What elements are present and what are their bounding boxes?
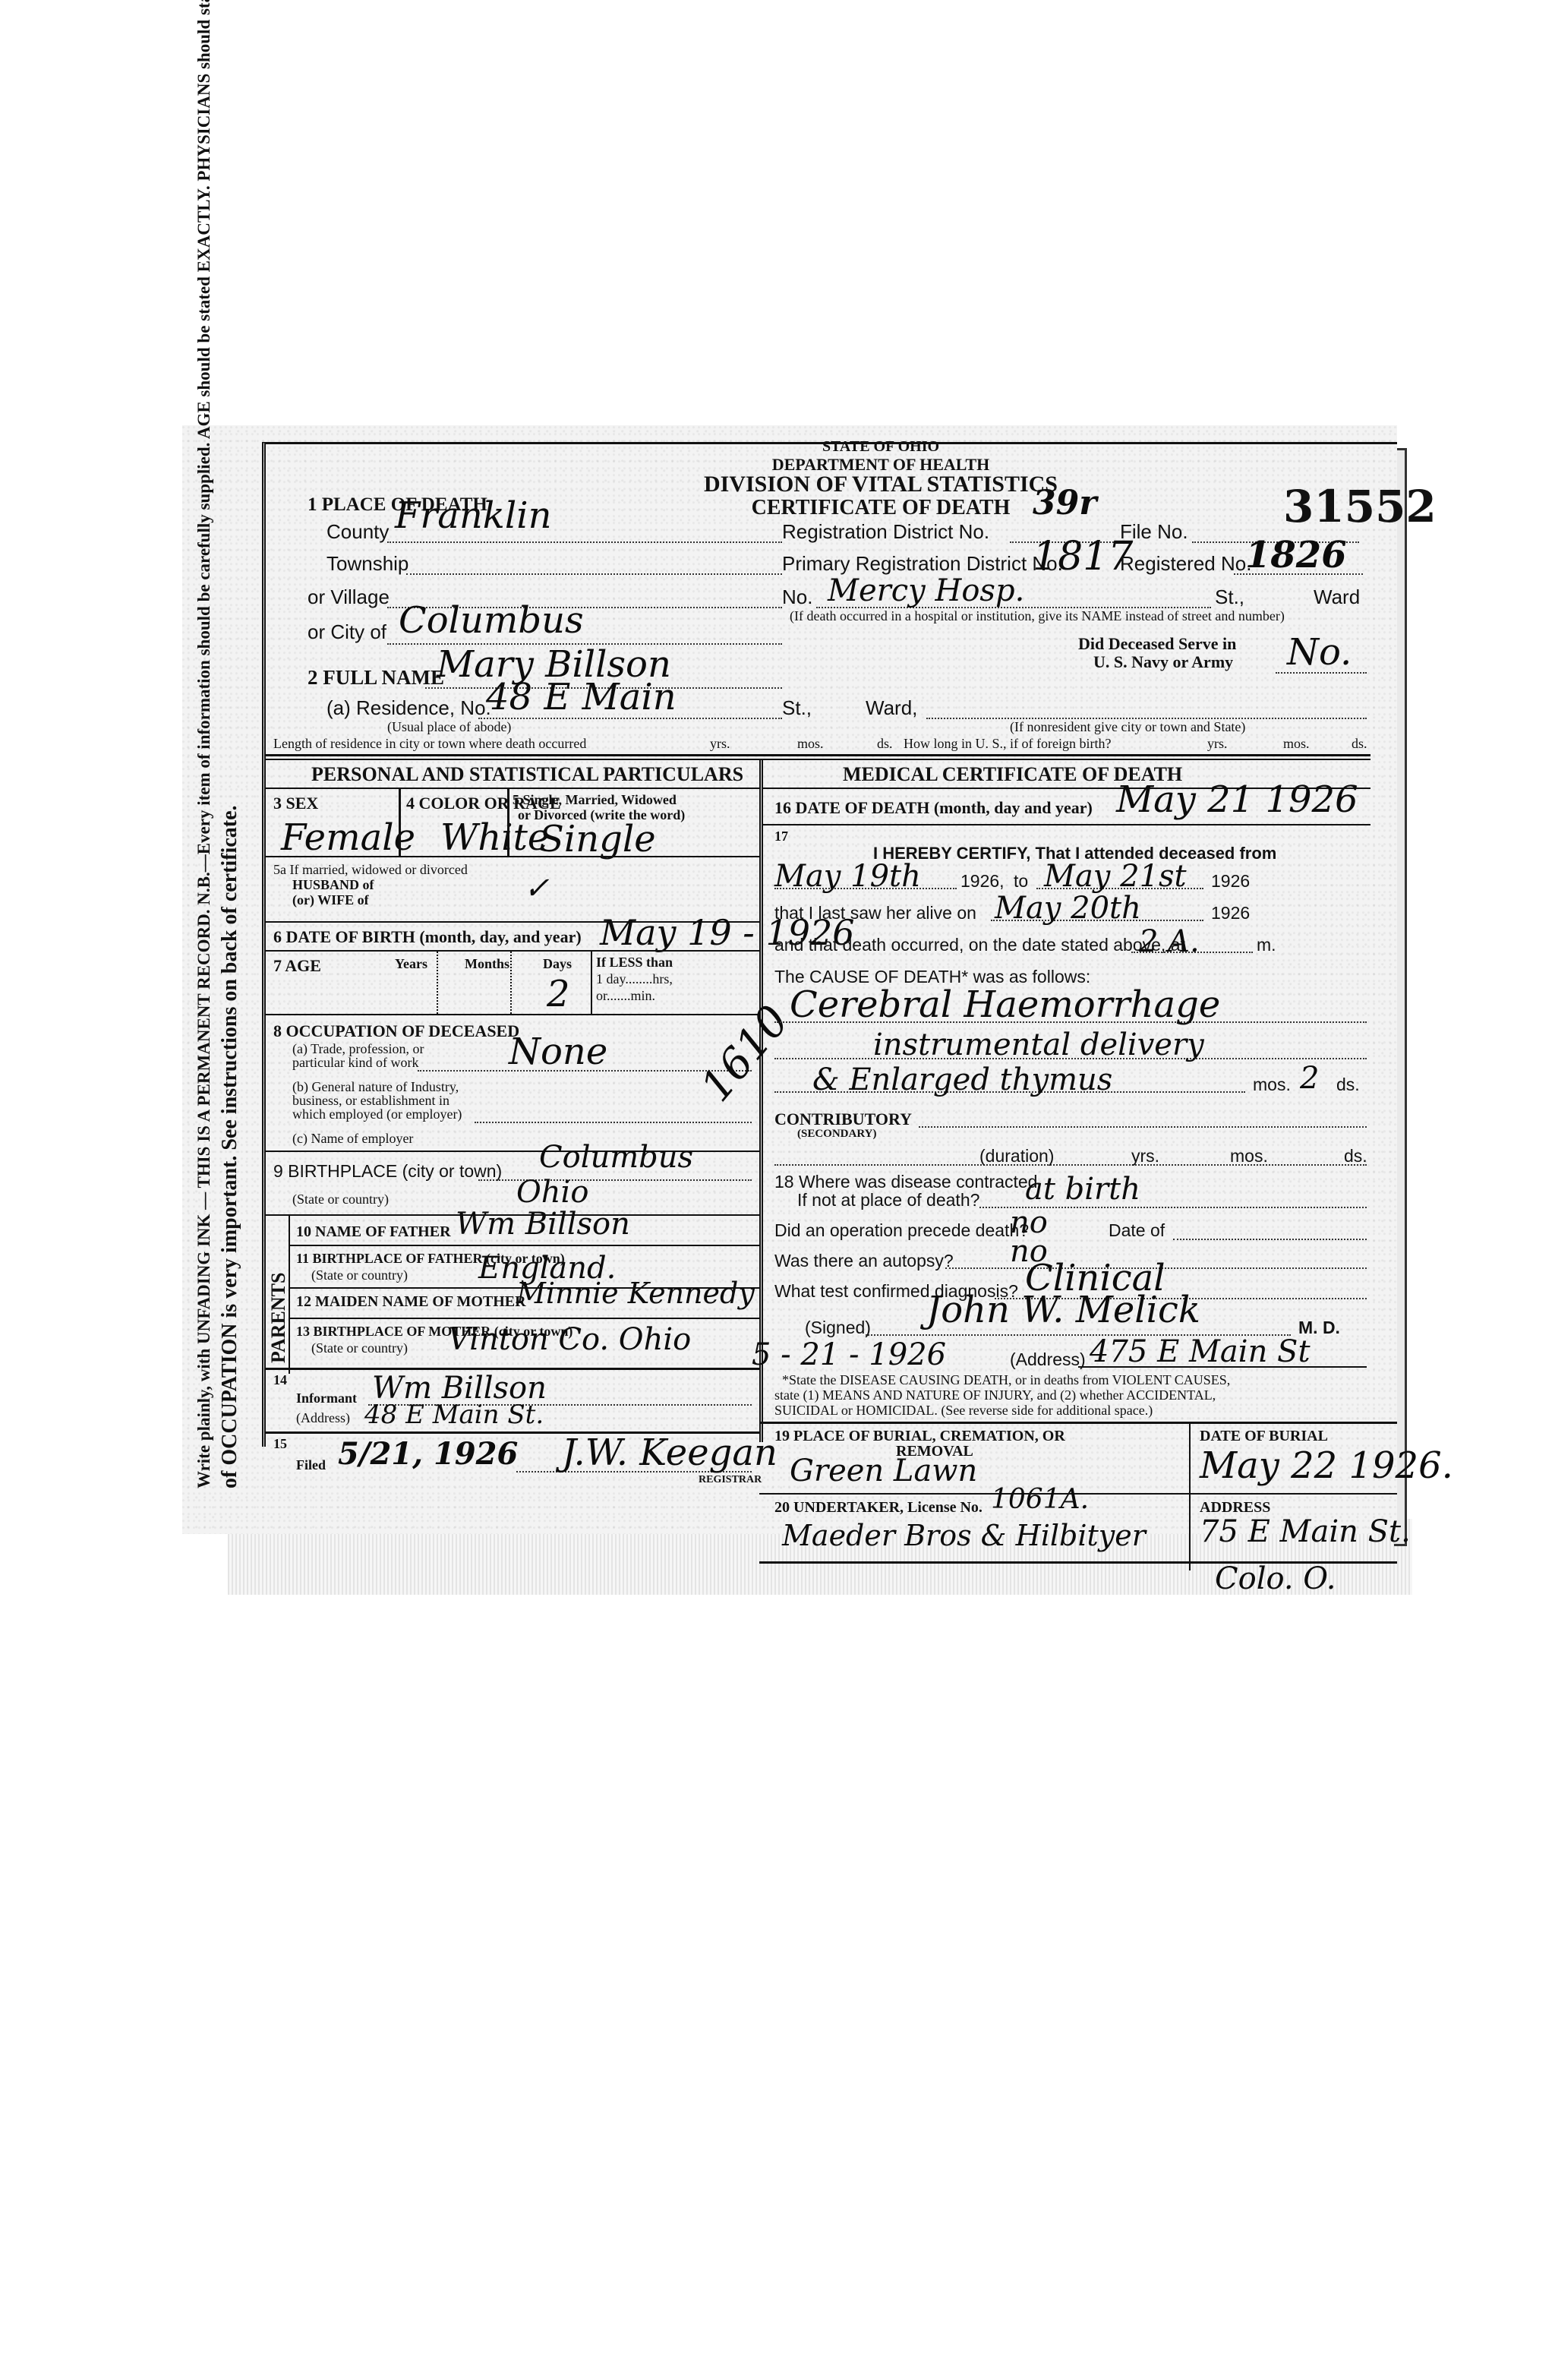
certificate-title: CERTIFICATE OF DEATH (691, 496, 1071, 520)
contributory-duration-label: (duration) (979, 1146, 1054, 1166)
age-days-value: 2 (547, 973, 570, 1015)
less-than-label-2: 1 day........hrs, (596, 971, 673, 987)
age-days-label: Days (543, 956, 572, 972)
age-months-label: Months (465, 956, 509, 972)
us-yrs-label: yrs. (1207, 736, 1228, 752)
us-mos-label: mos. (1283, 736, 1310, 752)
operation-label: Did an operation precede death? (774, 1220, 1029, 1241)
father-name-label: 10 NAME OF FATHER (296, 1223, 451, 1241)
time-of-death-value: 2 A. (1139, 924, 1200, 959)
occ-b-label-3: which employed (or employer) (292, 1106, 462, 1122)
residence-yrs-label: yrs. (710, 736, 730, 752)
cause-secondary-value: instrumental delivery (873, 1027, 1204, 1062)
undertaker-address-value: 75 E Main St. (1200, 1514, 1411, 1549)
contracted-value: at birth (1025, 1172, 1140, 1207)
residence-ds-label: ds. (877, 736, 893, 752)
residence-street-label: St., (782, 696, 812, 720)
certificate-handwritten-code: 39r (1033, 484, 1096, 522)
state-header: STATE OF OHIO (691, 438, 1071, 456)
to-label: to (1014, 871, 1028, 892)
informant-num: 14 (273, 1372, 287, 1388)
registered-no-value: 1826 (1245, 534, 1347, 576)
registrar-label: REGISTRAR (699, 1474, 762, 1486)
dob-label: 6 DATE OF BIRTH (month, day, and year) (273, 927, 582, 947)
time-of-death-label: and that death occurred, on the date sta… (774, 935, 1185, 955)
mother-state-label: (State or country) (311, 1340, 408, 1356)
city-value: Columbus (399, 599, 584, 642)
marital-value: Single (539, 818, 656, 860)
dod-label: 16 DATE OF DEATH (month, day and year) (774, 798, 1093, 818)
contracted-label-1: 18 Where was disease contracted (774, 1172, 1037, 1192)
contributory-mos-label: mos. (1230, 1146, 1268, 1166)
margin-note-line-2: of OCCUPATION is very important. See ins… (217, 425, 243, 1488)
spouse-label-1: 5a If married, widowed or divorced (273, 862, 468, 878)
registrar-signature: J.W. Keegan (562, 1431, 777, 1474)
length-residence-label: Length of residence in city or town wher… (273, 736, 586, 752)
contributory-label: CONTRIBUTORY (774, 1110, 912, 1129)
attended-from-value: May 19th (774, 859, 921, 894)
occ-c-label: (c) Name of employer (292, 1131, 413, 1147)
last-saw-year: 1926 (1211, 903, 1250, 923)
age-years-label: Years (395, 956, 427, 972)
institution-value: Mercy Hosp. (828, 573, 1024, 608)
informant-address-label: (Address) (296, 1410, 350, 1426)
undertaker-label: 20 UNDERTAKER, License No. (774, 1499, 983, 1517)
informant-address-value: 48 E Main St. (364, 1400, 544, 1430)
attended-to-year: 1926 (1211, 871, 1250, 892)
navy-army-label-1: Did Deceased Serve in (1078, 634, 1236, 654)
physician-signature: John W. Melick (926, 1289, 1200, 1331)
registered-no-label: Registered No. (1120, 552, 1251, 576)
physician-address-value: 475 E Main St (1090, 1334, 1311, 1369)
county-value: Franklin (395, 494, 551, 537)
father-name-value: Wm Billson (456, 1207, 630, 1242)
filed-date-value: 5/21, 1926 (338, 1436, 518, 1472)
cause-ds-label: ds. (1336, 1075, 1360, 1095)
mother-birthplace-value: Vinton Co. Ohio (448, 1322, 691, 1357)
residence-value: 48 E Main (486, 676, 677, 718)
institution-no-label: No. (782, 586, 812, 609)
birthplace-city-value: Columbus (539, 1140, 693, 1175)
filed-num: 15 (273, 1436, 287, 1452)
primary-district-label: Primary Registration District No. (782, 552, 1063, 576)
attended-from-year: 1926, (960, 871, 1005, 892)
file-number: 31552 (1283, 481, 1437, 532)
village-label: or Village (308, 586, 390, 609)
footnote-line-3: SUICIDAL or HOMICIDAL. (See reverse side… (774, 1403, 1153, 1419)
marital-label-1: 5 Single, Married, Widowed (513, 792, 677, 808)
burial-date-label: DATE OF BURIAL (1200, 1428, 1328, 1445)
cause-primary-value: Cerebral Haemorrhage (790, 983, 1220, 1026)
item17-num: 17 (774, 829, 788, 844)
page: Write plainly, with UNFADING INK — THIS … (0, 0, 1555, 2380)
residence-label: (a) Residence, No. (326, 696, 491, 720)
nonresident-note: (If nonresident give city or town and St… (1010, 719, 1245, 735)
attended-to-value: May 21st (1044, 859, 1187, 894)
abode-note: (Usual place of abode) (387, 719, 511, 735)
residence-mos-label: mos. (797, 736, 824, 752)
occ-a-label-2: particular kind of work (292, 1055, 418, 1071)
personal-section-title: PERSONAL AND STATISTICAL PARTICULARS (311, 763, 743, 786)
footnote-line-1: *State the DISEASE CAUSING DEATH, or in … (782, 1372, 1230, 1388)
spouse-label-2: HUSBAND of (292, 877, 374, 893)
time-suffix: m. (1257, 935, 1276, 955)
cause-mos-label: mos. (1253, 1075, 1291, 1095)
institution-note: (If death occurred in a hospital or inst… (790, 608, 1285, 624)
city-label: or City of (308, 620, 386, 644)
physician-address-label: (Address) (1010, 1349, 1086, 1370)
occupation-value: None (509, 1031, 607, 1073)
how-long-us-label: How long in U. S., if of foreign birth? (904, 736, 1111, 752)
sex-label: 3 SEX (273, 794, 318, 813)
birthplace-label: 9 BIRTHPLACE (city or town) (273, 1161, 502, 1182)
father-state-label: (State or country) (311, 1267, 408, 1283)
burial-place-value: Green Lawn (790, 1454, 977, 1488)
cause-duration-days: 2 (1300, 1061, 1319, 1096)
undertaker-address-city: Colo. O. (1215, 1561, 1336, 1596)
burial-date-value: May 22 1926. (1200, 1444, 1453, 1487)
secondary-label: (SECONDARY) (797, 1128, 876, 1141)
physician-signed-date: 5 - 21 - 1926 (752, 1337, 946, 1372)
autopsy-label: Was there an autopsy? (774, 1251, 954, 1271)
spouse-label-3: (or) WIFE of (292, 892, 369, 908)
primary-district-value: 1817 (1033, 534, 1133, 579)
navy-army-label-2: U. S. Navy or Army (1093, 652, 1233, 672)
contracted-label-2: If not at place of death? (797, 1190, 979, 1211)
footnote-line-2: state (1) MEANS AND NATURE OF INJURY, an… (774, 1387, 1216, 1403)
certificate-form: STATE OF OHIO DEPARTMENT OF HEALTH DIVIS… (262, 442, 1397, 1447)
operation-date-label: Date of (1109, 1220, 1165, 1241)
mother-name-label: 12 MAIDEN NAME OF MOTHER (296, 1293, 526, 1311)
dod-value: May 21 1926 (1116, 778, 1358, 821)
undertaker-value: Maeder Bros & Hilbityer (782, 1519, 1146, 1552)
birthplace-state-value: Ohio (516, 1175, 588, 1210)
street-label: St., (1215, 586, 1244, 609)
county-label: County (326, 520, 389, 544)
age-label: 7 AGE (273, 956, 321, 976)
cause-tertiary-value: & Enlarged thymus (812, 1062, 1112, 1097)
margin-note-line-1: Write plainly, with UNFADING INK — THIS … (191, 425, 217, 1488)
birthplace-state-label: (State or country) (292, 1192, 389, 1207)
informant-label: Informant (296, 1390, 357, 1406)
filed-label: Filed (296, 1457, 326, 1473)
us-ds-label: ds. (1352, 736, 1367, 752)
registration-district-label: Registration District No. (782, 520, 989, 544)
occupation-label: 8 OCCUPATION OF DECEASED (273, 1021, 519, 1041)
contributory-ds-label: ds. (1344, 1146, 1367, 1166)
undertaker-license-value: 1061A. (991, 1484, 1089, 1515)
last-saw-label: that I last saw her alive on (774, 903, 976, 923)
less-than-label-3: or.......min. (596, 988, 655, 1004)
mother-name-value: Minnie Kennedy (516, 1277, 755, 1310)
parents-side-label: PARENTS (267, 1273, 290, 1363)
margin-instructions: Write plainly, with UNFADING INK — THIS … (191, 425, 260, 1488)
township-label: Township (326, 552, 408, 576)
ward-label: Ward (1314, 586, 1360, 609)
navy-army-value: No. (1287, 631, 1352, 674)
signed-label: (Signed) (805, 1318, 871, 1338)
full-name-label: 2 FULL NAME (308, 666, 444, 690)
spouse-value: ✓ (524, 871, 550, 906)
less-than-label-1: If LESS than (596, 955, 673, 971)
contributory-yrs-label: yrs. (1131, 1146, 1159, 1166)
sex-value: Female (281, 816, 415, 859)
residence-ward-label: Ward, (866, 696, 917, 720)
last-saw-value: May 20th (995, 891, 1141, 926)
